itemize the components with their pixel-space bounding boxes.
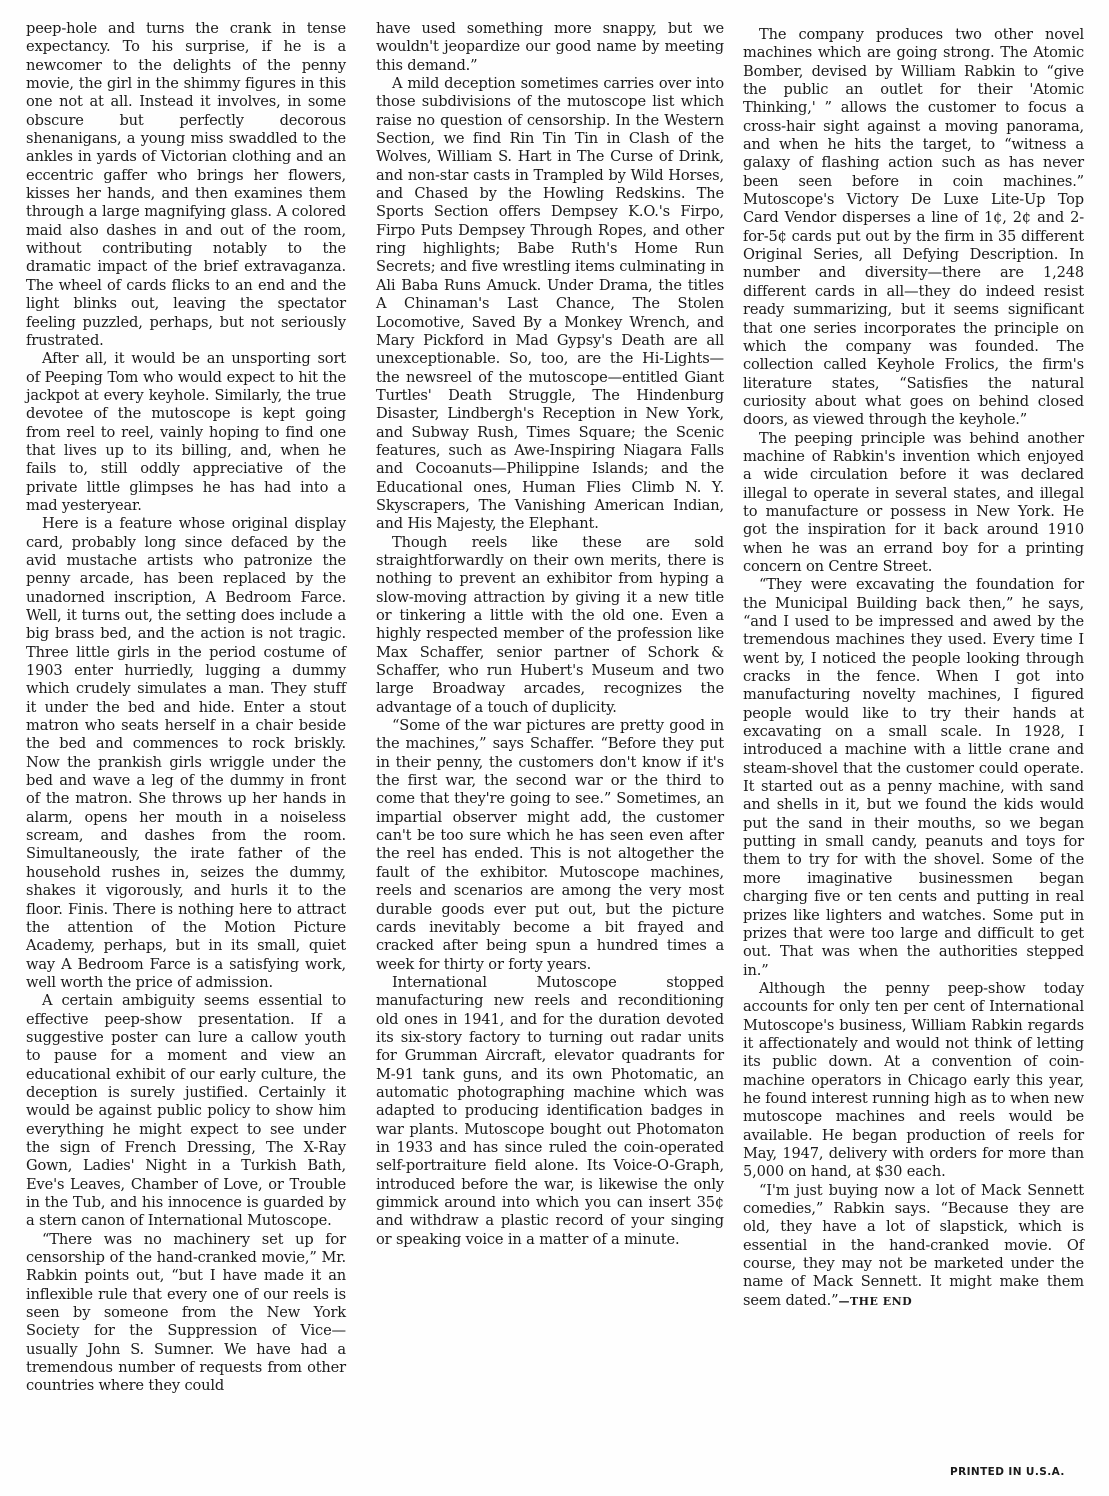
paragraph: International Mutoscope stopped manufact… [376,974,724,1249]
paragraph: Here is a feature whose original display… [26,515,346,992]
paragraph: Though reels like these are sold straigh… [376,534,724,717]
paragraph: “Some of the war pictures are pretty goo… [376,717,724,974]
article-column-1: peep-hole and turns the crank in tense e… [26,20,346,1396]
paragraph: Although the penny peep-show today accou… [743,980,1084,1182]
magazine-page: peep-hole and turns the crank in tense e… [0,0,1109,1496]
paragraph: have used something more snappy, but we … [376,20,724,75]
paragraph: A mild deception sometimes carries over … [376,75,724,534]
paragraph: The peeping principle was behind another… [743,430,1084,577]
printed-in-footer: PRINTED IN U.S.A. [950,1466,1065,1478]
paragraph: peep-hole and turns the crank in tense e… [26,20,346,350]
paragraph-final: “I'm just buying now a lot of Mack Senne… [743,1182,1084,1311]
paragraph: After all, it would be an unsporting sor… [26,350,346,515]
paragraph: The company produces two other novel mac… [743,26,1084,430]
article-column-2: have used something more snappy, but we … [376,20,724,1249]
paragraph-text: “I'm just buying now a lot of Mack Senne… [743,1182,1084,1309]
paragraph: “They were excavating the foundation for… [743,576,1084,980]
article-column-3: The company produces two other novel mac… [743,26,1084,1311]
end-mark: —THE END [838,1295,912,1308]
paragraph: “There was no machinery set up for censo… [26,1231,346,1396]
paragraph: A certain ambiguity seems essential to e… [26,992,346,1230]
